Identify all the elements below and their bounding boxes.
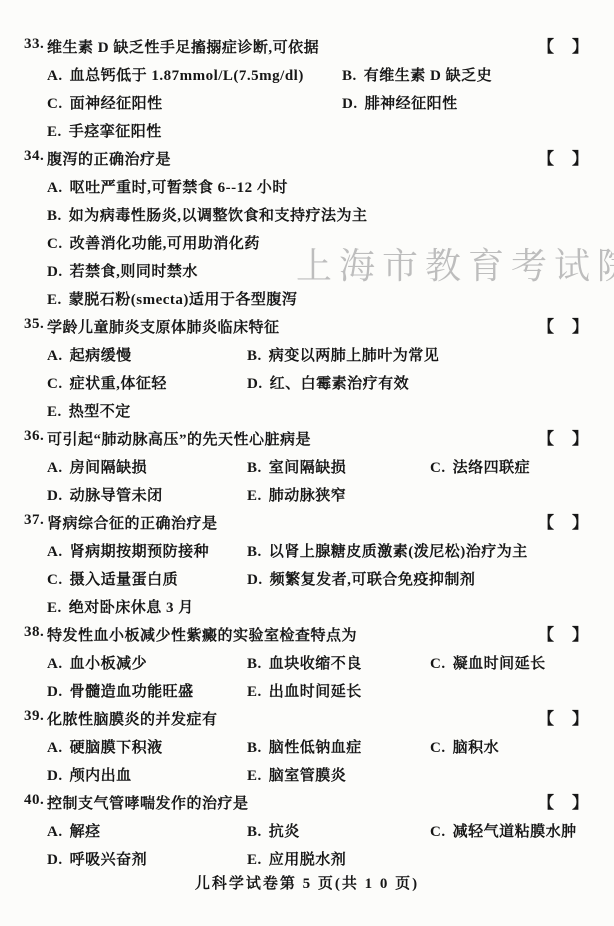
option-row: A.血总钙低于 1.87mmol/L(7.5mg/dl) B.有维生素 D 缺乏… xyxy=(0,64,614,92)
question-stem: 可引起“肺动脉高压”的先天性心脏病是 xyxy=(47,428,311,449)
q37-option-a: A.肾病期按期预防接种 xyxy=(47,540,209,561)
option-text: 手痉挛征阳性 xyxy=(69,124,162,140)
q39-option-e: E.脑室管膜炎 xyxy=(247,764,346,785)
question-number: 40. xyxy=(24,792,44,809)
q36-option-b: B.室间隔缺损 xyxy=(247,456,346,477)
option-text: 摄入适量蛋白质 xyxy=(70,572,179,588)
option-label: C. xyxy=(47,572,63,588)
option-text: 腓神经征阳性 xyxy=(365,96,458,112)
question-stem-row: 36. 可引起“肺动脉高压”的先天性心脏病是 【 】 xyxy=(0,428,614,456)
option-text: 面神经征阳性 xyxy=(70,96,163,112)
option-label: B. xyxy=(247,460,262,476)
q38-option-d: D.骨髓造血功能旺盛 xyxy=(47,680,194,701)
q33-option-e: E.手痉挛征阳性 xyxy=(47,120,162,141)
option-text: 减轻气道粘膜水肿 xyxy=(453,824,577,840)
answer-bracket-close: 】 xyxy=(572,426,589,449)
option-text: 房间隔缺损 xyxy=(70,460,148,476)
question-34: 34. 腹泻的正确治疗是 【 】 A.呕吐严重时,可暂禁食 6--12 小时 B… xyxy=(0,148,614,316)
option-row: C.面神经征阳性 D.腓神经征阳性 xyxy=(0,92,614,120)
q36-option-d: D.动脉导管未闭 xyxy=(47,484,163,505)
q40-option-e: E.应用脱水剂 xyxy=(247,848,346,869)
option-label: A. xyxy=(47,656,63,672)
option-label: B. xyxy=(342,68,357,84)
option-text: 起病缓慢 xyxy=(70,348,132,364)
option-row: A.血小板减少 B.血块收缩不良 C.凝血时间延长 xyxy=(0,652,614,680)
option-text: 室间隔缺损 xyxy=(269,460,347,476)
option-row: B.如为病毒性肠炎,以调整饮食和支持疗法为主 xyxy=(0,204,614,232)
option-label: D. xyxy=(47,264,63,280)
option-label: E. xyxy=(247,684,262,700)
question-stem-row: 37. 肾病综合征的正确治疗是 【 】 xyxy=(0,512,614,540)
option-row: A.起病缓慢 B.病变以两肺上肺叶为常见 xyxy=(0,344,614,372)
option-row: E.热型不定 xyxy=(0,400,614,428)
answer-bracket-open: 【 xyxy=(538,790,555,813)
option-text: 病变以两肺上肺叶为常见 xyxy=(269,348,440,364)
question-39: 39. 化脓性脑膜炎的并发症有 【 】 A.硬脑膜下积液 B.脑性低钠血症 C.… xyxy=(0,708,614,792)
option-row: A.肾病期按期预防接种 B.以肾上腺糖皮质激素(泼尼松)治疗为主 xyxy=(0,540,614,568)
option-text: 颅内出血 xyxy=(70,768,132,784)
option-row: C.症状重,体征轻 D.红、白霉素治疗有效 xyxy=(0,372,614,400)
question-stem: 特发性血小板减少性紫癜的实验室检查特点为 xyxy=(47,624,357,645)
option-row: D.若禁食,则同时禁水 xyxy=(0,260,614,288)
option-label: C. xyxy=(47,236,63,252)
question-stem: 维生素 D 缺乏性手足搐搦症诊断,可依据 xyxy=(47,36,319,57)
q33-option-d: D.腓神经征阳性 xyxy=(342,92,458,113)
option-label: C. xyxy=(430,740,446,756)
option-text: 脑性低钠血症 xyxy=(269,740,362,756)
question-stem-row: 33. 维生素 D 缺乏性手足搐搦症诊断,可依据 【 】 xyxy=(0,36,614,64)
q40-option-a: A.解痉 xyxy=(47,820,101,841)
q39-option-c: C.脑积水 xyxy=(430,736,499,757)
q38-option-c: C.凝血时间延长 xyxy=(430,652,546,673)
option-text: 脑室管膜炎 xyxy=(269,768,347,784)
q35-option-d: D.红、白霉素治疗有效 xyxy=(247,372,409,393)
q40-option-b: B.抗炎 xyxy=(247,820,300,841)
q39-option-b: B.脑性低钠血症 xyxy=(247,736,362,757)
option-label: C. xyxy=(47,376,63,392)
q34-option-d: D.若禁食,则同时禁水 xyxy=(47,260,198,281)
option-label: C. xyxy=(430,824,446,840)
option-label: B. xyxy=(247,348,262,364)
option-row: C.摄入适量蛋白质 D.频繁复发者,可联合免疫抑制剂 xyxy=(0,568,614,596)
q37-option-e: E.绝对卧床休息 3 月 xyxy=(47,596,194,617)
answer-bracket-close: 】 xyxy=(572,706,589,729)
answer-bracket-close: 】 xyxy=(572,790,589,813)
option-text: 肺动脉狭窄 xyxy=(269,488,347,504)
option-row: A.呕吐严重时,可暂禁食 6--12 小时 xyxy=(0,176,614,204)
q36-option-a: A.房间隔缺损 xyxy=(47,456,147,477)
option-label: D. xyxy=(47,684,63,700)
question-35: 35. 学龄儿童肺炎支原体肺炎临床特征 【 】 A.起病缓慢 B.病变以两肺上肺… xyxy=(0,316,614,428)
option-text: 呼吸兴奋剂 xyxy=(70,852,148,868)
option-text: 硬脑膜下积液 xyxy=(70,740,163,756)
option-text: 呕吐严重时,可暂禁食 6--12 小时 xyxy=(70,180,288,196)
option-label: A. xyxy=(47,740,63,756)
question-number: 37. xyxy=(24,512,44,529)
option-row: D.颅内出血 E.脑室管膜炎 xyxy=(0,764,614,792)
question-stem-row: 39. 化脓性脑膜炎的并发症有 【 】 xyxy=(0,708,614,736)
question-stem-row: 38. 特发性血小板减少性紫癜的实验室检查特点为 【 】 xyxy=(0,624,614,652)
question-number: 35. xyxy=(24,316,44,333)
question-number: 38. xyxy=(24,624,44,641)
question-number: 34. xyxy=(24,148,44,165)
option-text: 改善消化功能,可用助消化药 xyxy=(70,236,260,252)
q40-option-c: C.减轻气道粘膜水肿 xyxy=(430,820,577,841)
q34-option-c: C.改善消化功能,可用助消化药 xyxy=(47,232,260,253)
q38-option-b: B.血块收缩不良 xyxy=(247,652,362,673)
option-row: E.手痉挛征阳性 xyxy=(0,120,614,148)
option-label: B. xyxy=(247,740,262,756)
option-text: 脑积水 xyxy=(453,740,500,756)
option-label: A. xyxy=(47,824,63,840)
q38-option-e: E.出血时间延长 xyxy=(247,680,362,701)
option-label: B. xyxy=(47,208,62,224)
option-label: A. xyxy=(47,68,63,84)
option-text: 血总钙低于 1.87mmol/L(7.5mg/dl) xyxy=(70,68,304,84)
questions-area: 33. 维生素 D 缺乏性手足搐搦症诊断,可依据 【 】 A.血总钙低于 1.8… xyxy=(0,36,614,876)
question-number: 33. xyxy=(24,36,44,53)
option-label: E. xyxy=(247,852,262,868)
option-label: E. xyxy=(47,292,62,308)
option-text: 症状重,体征轻 xyxy=(70,376,167,392)
page-footer: 儿科学试卷第 5 页(共 1 0 页) xyxy=(0,872,614,893)
option-label: D. xyxy=(47,768,63,784)
option-row: A.解痉 B.抗炎 C.减轻气道粘膜水肿 xyxy=(0,820,614,848)
question-number: 39. xyxy=(24,708,44,725)
option-text: 频繁复发者,可联合免疫抑制剂 xyxy=(270,572,476,588)
answer-bracket-close: 】 xyxy=(572,314,589,337)
answer-bracket-open: 【 xyxy=(538,314,555,337)
question-36: 36. 可引起“肺动脉高压”的先天性心脏病是 【 】 A.房间隔缺损 B.室间隔… xyxy=(0,428,614,512)
answer-bracket-close: 】 xyxy=(572,34,589,57)
option-text: 有维生素 D 缺乏史 xyxy=(364,68,492,84)
option-row: C.改善消化功能,可用助消化药 xyxy=(0,232,614,260)
answer-bracket-close: 】 xyxy=(572,622,589,645)
option-label: D. xyxy=(247,376,263,392)
option-text: 绝对卧床休息 3 月 xyxy=(69,600,194,616)
q40-option-d: D.呼吸兴奋剂 xyxy=(47,848,147,869)
option-text: 血块收缩不良 xyxy=(269,656,362,672)
option-text: 如为病毒性肠炎,以调整饮食和支持疗法为主 xyxy=(69,208,368,224)
question-40: 40. 控制支气管哮喘发作的治疗是 【 】 A.解痉 B.抗炎 C.减轻气道粘膜… xyxy=(0,792,614,876)
option-label: A. xyxy=(47,348,63,364)
q33-option-b: B.有维生素 D 缺乏史 xyxy=(342,64,492,85)
option-row: A.硬脑膜下积液 B.脑性低钠血症 C.脑积水 xyxy=(0,736,614,764)
option-text: 应用脱水剂 xyxy=(269,852,347,868)
option-text: 法络四联症 xyxy=(453,460,531,476)
q35-option-b: B.病变以两肺上肺叶为常见 xyxy=(247,344,439,365)
q34-option-a: A.呕吐严重时,可暂禁食 6--12 小时 xyxy=(47,176,288,197)
option-text: 骨髓造血功能旺盛 xyxy=(70,684,194,700)
option-label: A. xyxy=(47,180,63,196)
question-stem: 学龄儿童肺炎支原体肺炎临床特征 xyxy=(47,316,280,337)
option-row: E.蒙脱石粉(smecta)适用于各型腹泻 xyxy=(0,288,614,316)
q38-option-a: A.血小板减少 xyxy=(47,652,147,673)
answer-bracket-open: 【 xyxy=(538,426,555,449)
option-text: 蒙脱石粉(smecta)适用于各型腹泻 xyxy=(69,292,298,308)
q35-option-c: C.症状重,体征轻 xyxy=(47,372,167,393)
option-label: C. xyxy=(47,96,63,112)
option-label: A. xyxy=(47,460,63,476)
option-text: 若禁食,则同时禁水 xyxy=(70,264,198,280)
answer-bracket-close: 】 xyxy=(572,510,589,533)
q37-option-b: B.以肾上腺糖皮质激素(泼尼松)治疗为主 xyxy=(247,540,528,561)
q36-option-c: C.法络四联症 xyxy=(430,456,530,477)
option-label: A. xyxy=(47,544,63,560)
question-stem: 腹泻的正确治疗是 xyxy=(47,148,171,169)
q35-option-e: E.热型不定 xyxy=(47,400,131,421)
question-37: 37. 肾病综合征的正确治疗是 【 】 A.肾病期按期预防接种 B.以肾上腺糖皮… xyxy=(0,512,614,624)
option-text: 以肾上腺糖皮质激素(泼尼松)治疗为主 xyxy=(269,544,528,560)
q36-option-e: E.肺动脉狭窄 xyxy=(247,484,346,505)
answer-bracket-open: 【 xyxy=(538,706,555,729)
option-text: 凝血时间延长 xyxy=(453,656,546,672)
option-text: 红、白霉素治疗有效 xyxy=(270,376,410,392)
q37-option-c: C.摄入适量蛋白质 xyxy=(47,568,178,589)
question-number: 36. xyxy=(24,428,44,445)
option-row: D.骨髓造血功能旺盛 E.出血时间延长 xyxy=(0,680,614,708)
option-text: 解痉 xyxy=(70,824,101,840)
option-label: C. xyxy=(430,656,446,672)
question-stem-row: 35. 学龄儿童肺炎支原体肺炎临床特征 【 】 xyxy=(0,316,614,344)
q39-option-a: A.硬脑膜下积液 xyxy=(47,736,163,757)
question-33: 33. 维生素 D 缺乏性手足搐搦症诊断,可依据 【 】 A.血总钙低于 1.8… xyxy=(0,36,614,148)
option-row: D.动脉导管未闭 E.肺动脉狭窄 xyxy=(0,484,614,512)
option-label: E. xyxy=(247,768,262,784)
option-label: E. xyxy=(247,488,262,504)
option-text: 热型不定 xyxy=(69,404,131,420)
option-text: 动脉导管未闭 xyxy=(70,488,163,504)
option-row: E.绝对卧床休息 3 月 xyxy=(0,596,614,624)
question-stem: 控制支气管哮喘发作的治疗是 xyxy=(47,792,249,813)
option-label: D. xyxy=(247,572,263,588)
option-label: E. xyxy=(47,600,62,616)
answer-bracket-open: 【 xyxy=(538,146,555,169)
answer-bracket-open: 【 xyxy=(538,510,555,533)
q34-option-b: B.如为病毒性肠炎,以调整饮食和支持疗法为主 xyxy=(47,204,368,225)
q37-option-d: D.频繁复发者,可联合免疫抑制剂 xyxy=(247,568,475,589)
option-label: D. xyxy=(342,96,358,112)
exam-page: 上海市教育考试院 33. 维生素 D 缺乏性手足搐搦症诊断,可依据 【 】 A.… xyxy=(0,0,614,926)
question-stem: 肾病综合征的正确治疗是 xyxy=(47,512,218,533)
option-label: B. xyxy=(247,544,262,560)
option-label: B. xyxy=(247,656,262,672)
option-text: 出血时间延长 xyxy=(269,684,362,700)
answer-bracket-open: 【 xyxy=(538,34,555,57)
answer-bracket-open: 【 xyxy=(538,622,555,645)
option-label: D. xyxy=(47,852,63,868)
option-text: 血小板减少 xyxy=(70,656,148,672)
q34-option-e: E.蒙脱石粉(smecta)适用于各型腹泻 xyxy=(47,288,297,309)
q33-option-a: A.血总钙低于 1.87mmol/L(7.5mg/dl) xyxy=(47,64,304,85)
option-label: E. xyxy=(47,404,62,420)
answer-bracket-close: 】 xyxy=(572,146,589,169)
question-stem-row: 40. 控制支气管哮喘发作的治疗是 【 】 xyxy=(0,792,614,820)
q33-option-c: C.面神经征阳性 xyxy=(47,92,163,113)
question-38: 38. 特发性血小板减少性紫癜的实验室检查特点为 【 】 A.血小板减少 B.血… xyxy=(0,624,614,708)
option-label: B. xyxy=(247,824,262,840)
option-row: A.房间隔缺损 B.室间隔缺损 C.法络四联症 xyxy=(0,456,614,484)
option-text: 肾病期按期预防接种 xyxy=(70,544,210,560)
option-label: C. xyxy=(430,460,446,476)
option-label: D. xyxy=(47,488,63,504)
question-stem: 化脓性脑膜炎的并发症有 xyxy=(47,708,218,729)
option-text: 抗炎 xyxy=(269,824,300,840)
option-label: E. xyxy=(47,124,62,140)
q35-option-a: A.起病缓慢 xyxy=(47,344,132,365)
question-stem-row: 34. 腹泻的正确治疗是 【 】 xyxy=(0,148,614,176)
q39-option-d: D.颅内出血 xyxy=(47,764,132,785)
